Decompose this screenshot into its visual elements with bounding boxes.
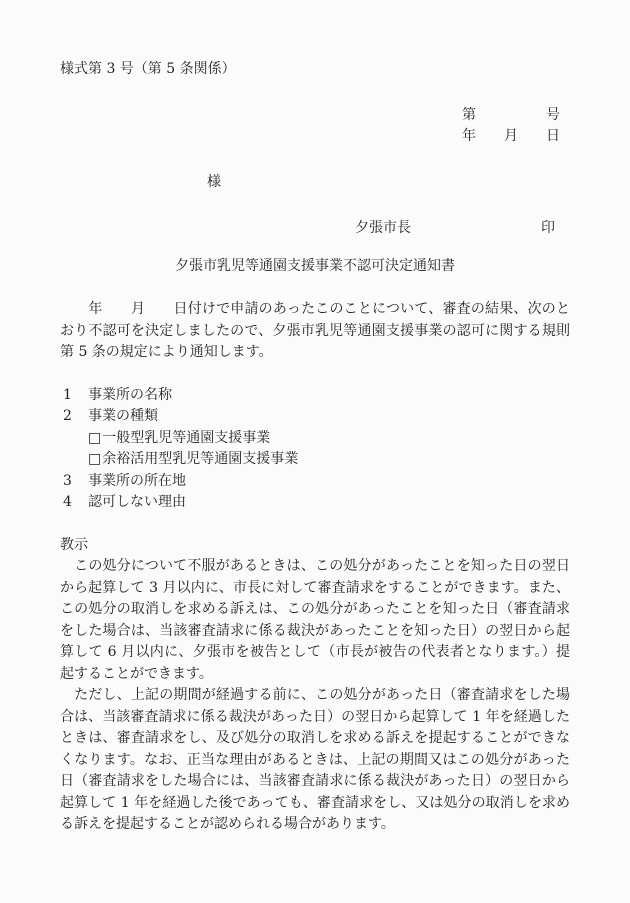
checkbox-option-surplus[interactable]: □余裕活用型乳児等通園支援事業 bbox=[60, 449, 570, 471]
issue-number-line: 第 号 bbox=[60, 105, 560, 127]
checkbox-option-label: 一般型乳児等通園支援事業 bbox=[102, 430, 270, 446]
list-item-number: 2 bbox=[60, 406, 88, 428]
notice-heading: 教示 bbox=[60, 535, 570, 557]
items-list: 1 事業所の名称 2 事業の種類 □一般型乳児等通園支援事業 □余裕活用型乳児等… bbox=[60, 385, 570, 514]
list-item-label: 認可しない理由 bbox=[88, 492, 186, 514]
list-item-label: 事業所の名称 bbox=[88, 385, 172, 407]
seal-mark: 印 bbox=[541, 218, 555, 240]
list-item-label: 事業の種類 bbox=[88, 406, 158, 428]
addressee-honorific: 様 bbox=[207, 172, 570, 194]
list-item-business-address: 3 事業所の所在地 bbox=[60, 471, 570, 493]
document-title: 夕張市乳児等通園支援事業不認可決定通知書 bbox=[60, 256, 570, 278]
list-item-number: 4 bbox=[60, 492, 88, 514]
document-page: 様式第 3 号（第 5 条関係） 第 号 年 月 日 様 夕張市長 印 夕張市乳… bbox=[0, 0, 630, 903]
list-item-business-name: 1 事業所の名称 bbox=[60, 385, 570, 407]
issue-number-block: 第 号 年 月 日 bbox=[60, 105, 570, 148]
checkbox-icon[interactable]: □ bbox=[88, 430, 101, 446]
checkbox-icon[interactable]: □ bbox=[88, 451, 101, 467]
notice-paragraph-1: この処分について不服があるときは、この処分があったことを知った日の翌日から起算し… bbox=[60, 556, 570, 685]
form-number: 様式第 3 号（第 5 条関係） bbox=[60, 59, 570, 81]
list-item-business-type: 2 事業の種類 bbox=[60, 406, 570, 428]
notice-paragraph-2: ただし、上記の期間が経過する前に、この処分があった日（審査請求をした場合は、当該… bbox=[60, 685, 570, 836]
list-item-number: 1 bbox=[60, 385, 88, 407]
issuer-title: 夕張市長 bbox=[355, 218, 411, 240]
list-item-number: 3 bbox=[60, 471, 88, 493]
issuer-line: 夕張市長 印 bbox=[60, 218, 570, 240]
issue-date-line: 年 月 日 bbox=[60, 126, 560, 148]
list-item-label: 事業所の所在地 bbox=[88, 471, 186, 493]
checkbox-option-general[interactable]: □一般型乳児等通園支援事業 bbox=[60, 428, 570, 450]
body-paragraph: 年 月 日付けで申請のあったこのことについて、審査の結果、次のとおり不認可を決定… bbox=[60, 299, 570, 364]
list-item-denial-reason: 4 認可しない理由 bbox=[60, 492, 570, 514]
checkbox-option-label: 余裕活用型乳児等通園支援事業 bbox=[102, 451, 298, 467]
